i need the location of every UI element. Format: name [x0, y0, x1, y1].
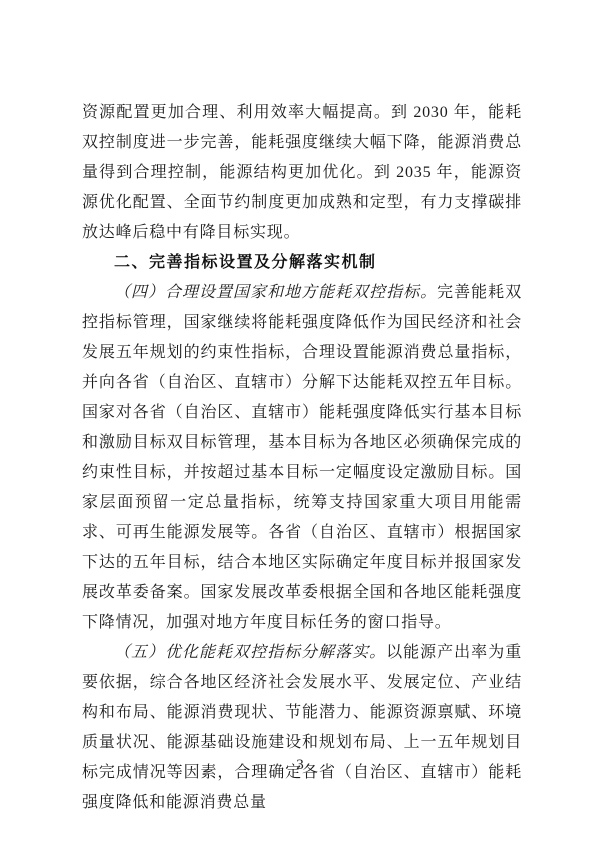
- item-paragraph-5: （五）优化能耗双控指标分解落实。以能源产出率为重要依据，综合各地区经济社会发展水…: [82, 638, 522, 818]
- document-body: 资源配置更加合理、利用效率大幅提高。到 2030 年，能耗双控制度进一步完善，能…: [82, 98, 522, 818]
- document-page: 资源配置更加合理、利用效率大幅提高。到 2030 年，能耗双控制度进一步完善，能…: [0, 0, 600, 848]
- section-heading: 二、完善指标设置及分解落实机制: [82, 248, 522, 278]
- page-number: 3: [0, 750, 600, 780]
- item-5-lead: （五）优化能耗双控指标分解落实。: [114, 644, 386, 661]
- continuation-paragraph: 资源配置更加合理、利用效率大幅提高。到 2030 年，能耗双控制度进一步完善，能…: [82, 98, 522, 248]
- item-4-lead: （四）合理设置国家和地方能耗双控指标。: [114, 284, 437, 301]
- item-5-body: 以能源产出率为重要依据，综合各地区经济社会发展水平、发展定位、产业结构和布局、能…: [82, 644, 522, 811]
- item-paragraph-4: （四）合理设置国家和地方能耗双控指标。完善能耗双控指标管理，国家继续将能耗强度降…: [82, 278, 522, 638]
- item-4-body: 完善能耗双控指标管理，国家继续将能耗强度降低作为国民经济和社会发展五年规划的约束…: [82, 284, 522, 631]
